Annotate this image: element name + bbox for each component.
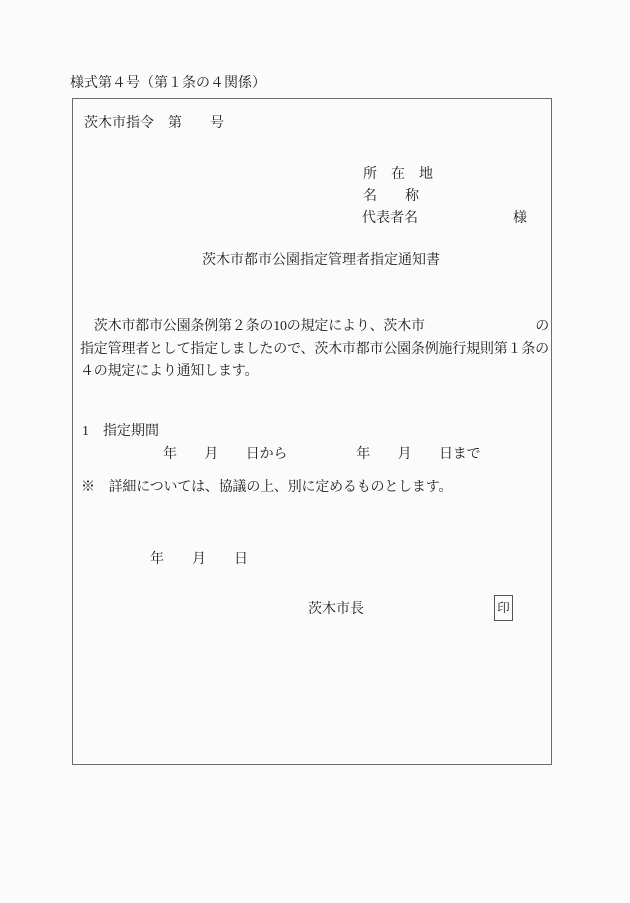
seal-box: 印 xyxy=(494,595,513,621)
body-line-3: ４の規定により通知します。 xyxy=(80,362,258,382)
directive-number-line: 茨木市指令 第 号 xyxy=(84,114,224,134)
document-title: 茨木市都市公園指定管理者指定通知書 xyxy=(202,251,440,271)
form-style-label: 様式第４号（第１条の４関係） xyxy=(70,74,266,94)
recipient-name-label: 名 称 xyxy=(363,187,419,207)
recipient-representative-label: 代表者名 xyxy=(362,209,418,229)
issue-date-line: 年 月 日 xyxy=(150,550,248,570)
period-item-number: 1 xyxy=(82,422,89,442)
seal-glyph: 印 xyxy=(497,602,510,615)
recipient-location-label: 所 在 地 xyxy=(363,165,433,185)
note-line: ※ 詳細については、協議の上、別に定めるものとします。 xyxy=(81,478,452,498)
period-range-line: 年 月 日から 年 月 日まで xyxy=(163,445,480,465)
body-line-1: 茨木市都市公園条例第２条の10の規定により、茨木市 の xyxy=(80,317,549,337)
recipient-honorific: 様 xyxy=(513,209,527,229)
signature-title: 茨木市長 xyxy=(308,600,364,620)
body-line-2: 指定管理者として指定しましたので、茨木市都市公園条例施行規則第１条の xyxy=(80,340,549,360)
period-item-label: 指定期間 xyxy=(103,422,159,442)
document-page: 様式第４号（第１条の４関係） 茨木市指令 第 号 所 在 地 名 称 代表者名 … xyxy=(0,0,630,903)
